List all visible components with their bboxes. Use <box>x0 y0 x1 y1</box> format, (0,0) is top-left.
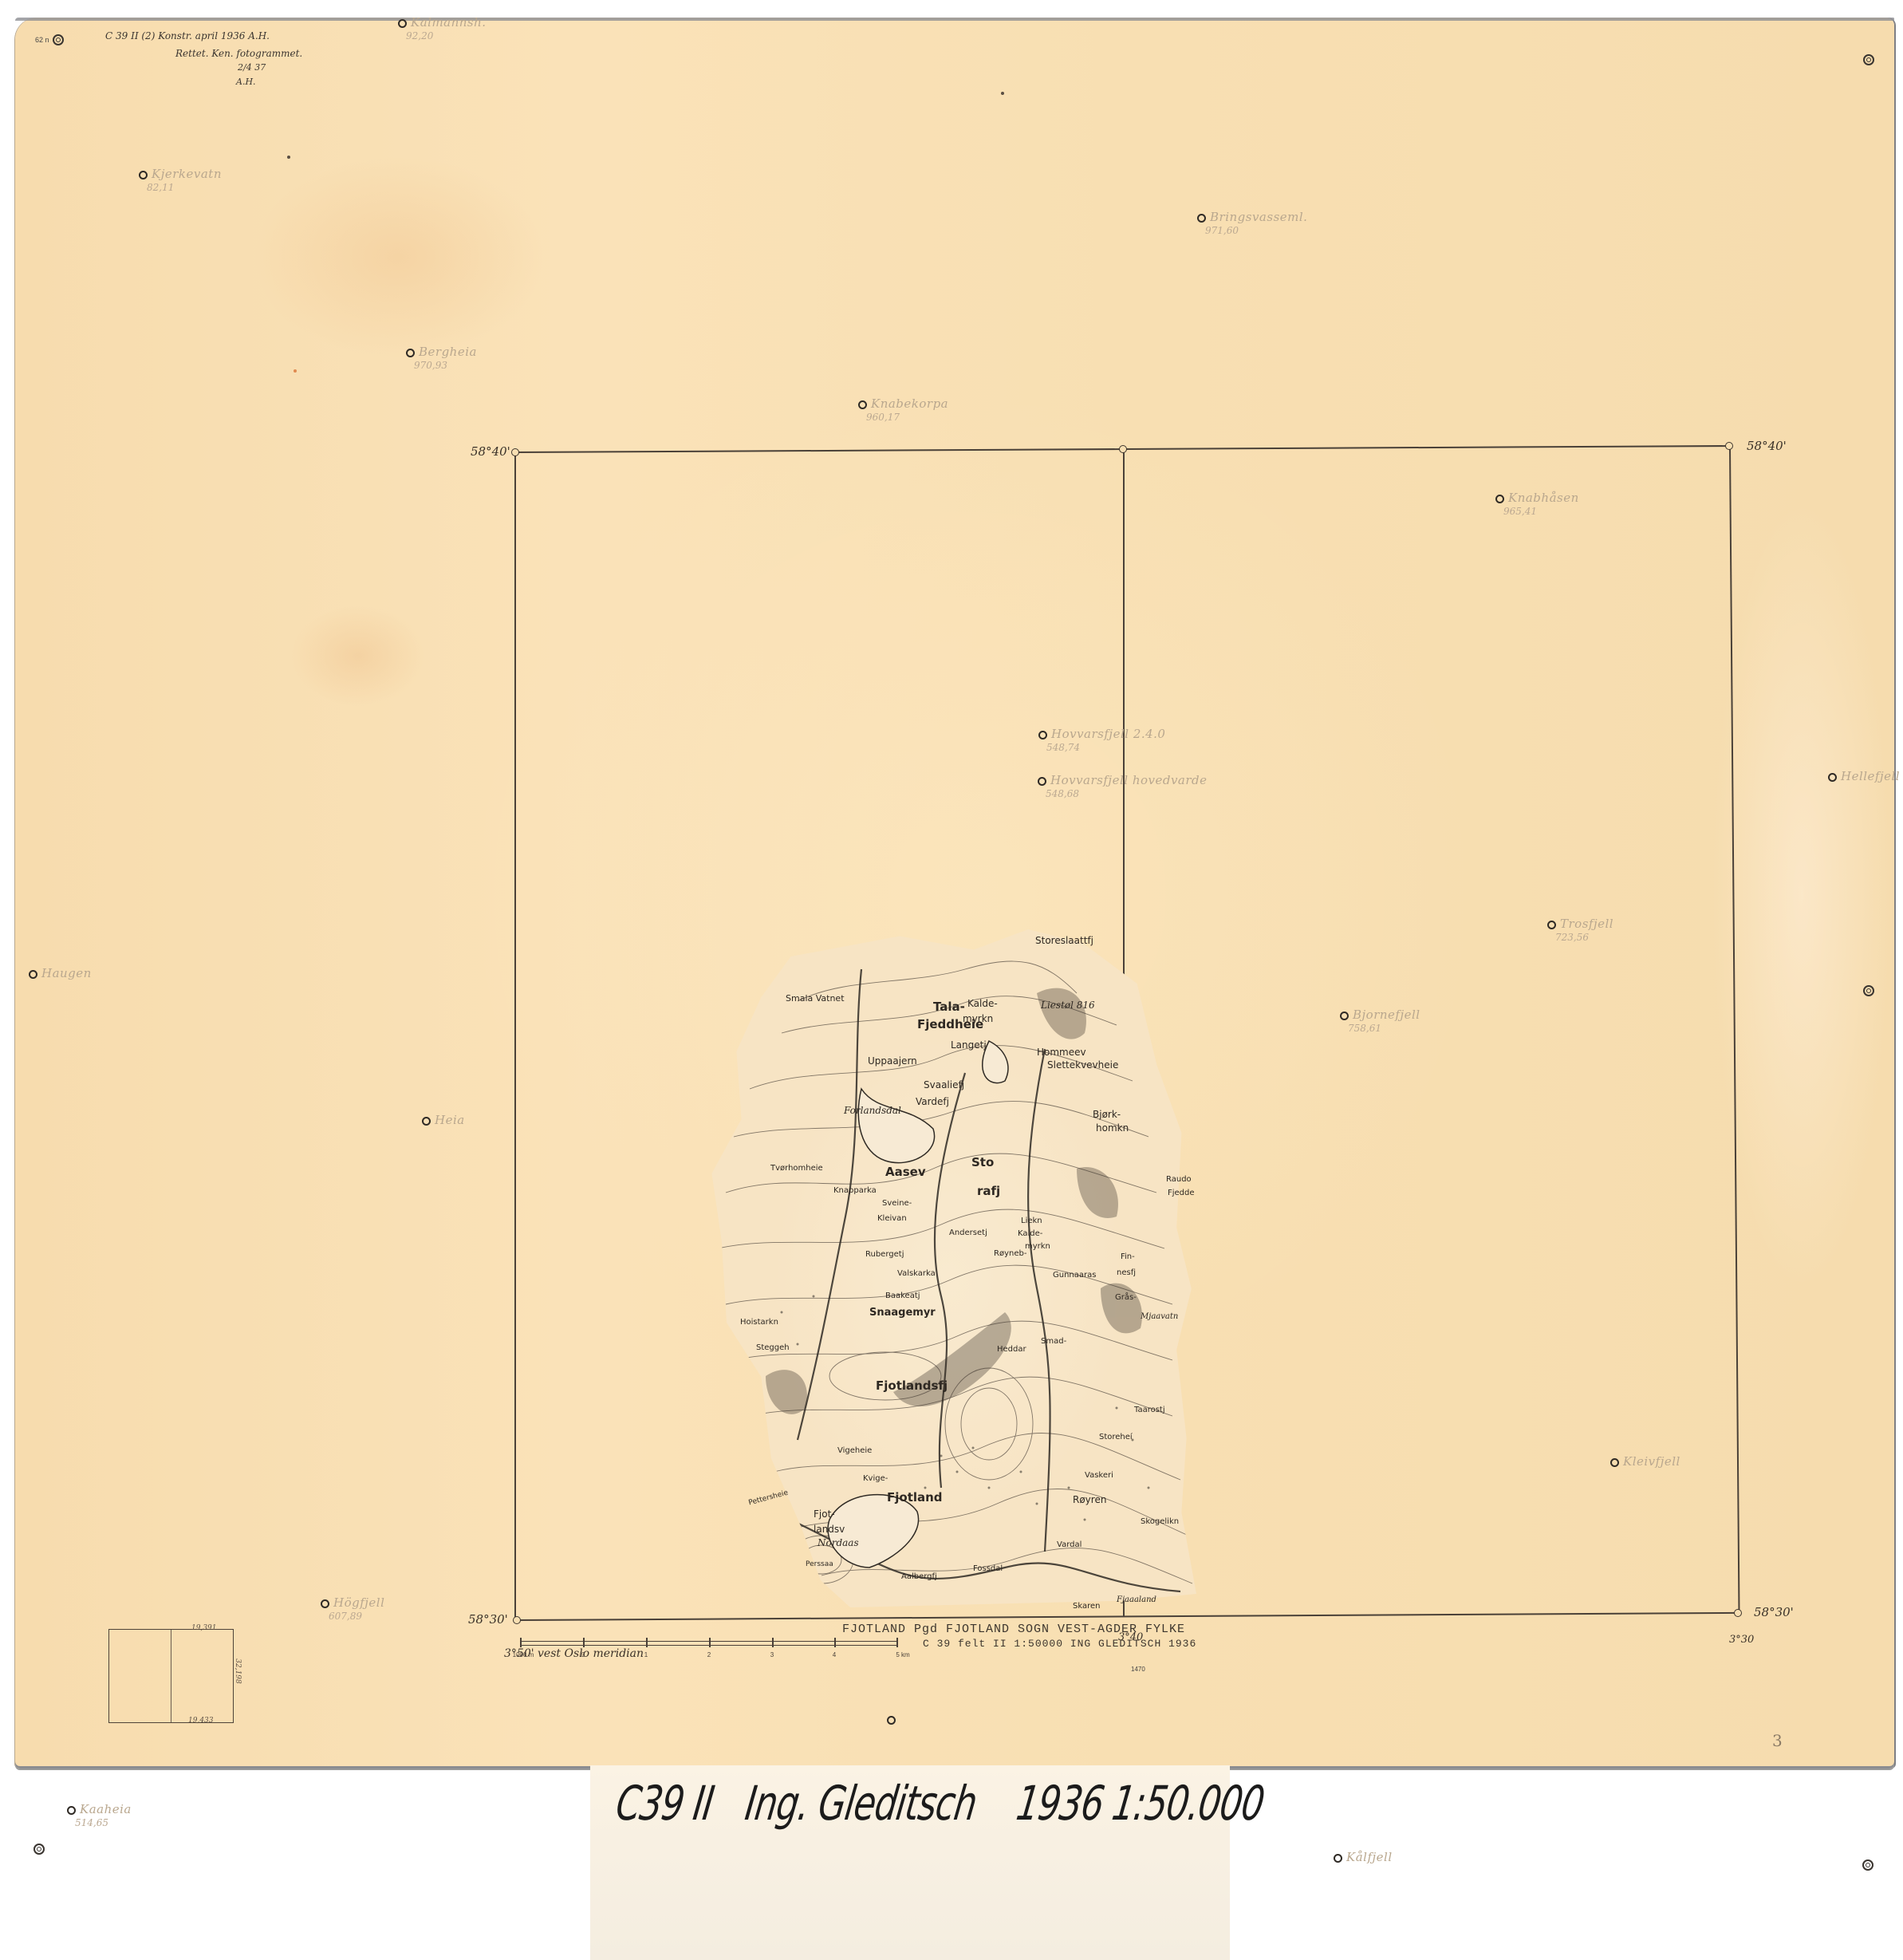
frame-node-top-right <box>1725 442 1733 450</box>
trig-point-icon <box>321 1599 329 1608</box>
trig-point-icon <box>1828 773 1837 782</box>
paper-speck <box>287 156 290 159</box>
trig-name: Trosfjell <box>1560 917 1613 931</box>
author-label: Ing. Gleditsch <box>742 1777 979 1832</box>
trig-name: Haugen <box>41 966 92 980</box>
place-label: Skogelikn <box>1141 1517 1179 1526</box>
scale-tick-label: 4 <box>833 1651 836 1658</box>
place-label: Smad- <box>1041 1337 1066 1346</box>
scale-tick-label: 0 <box>581 1651 585 1658</box>
trig-height: 548,74 <box>1046 742 1080 753</box>
place-label: Aasev <box>885 1165 926 1179</box>
trig-height: 548,68 <box>1046 788 1079 799</box>
scale-tick <box>709 1638 711 1647</box>
scale-bar: 1000 m 0 1 2 3 4 5 km <box>520 1641 898 1646</box>
frame-node-bottom-right <box>1734 1609 1742 1617</box>
place-label: Vardefj <box>916 1096 949 1107</box>
trig-height: 607,89 <box>329 1611 362 1622</box>
place-label: Uppaajern <box>868 1055 917 1067</box>
trig-point-icon <box>1547 921 1556 929</box>
trig-point-icon <box>139 171 148 179</box>
place-label: rafj <box>977 1184 1000 1198</box>
latitude-label-top-right: 58°40' <box>1747 439 1787 453</box>
sheet-index-inset <box>108 1629 234 1723</box>
scale-tick <box>646 1638 648 1647</box>
trig-name: Högfjell <box>333 1595 384 1610</box>
catalog-label-slip: C39 II Ing. Gleditsch 1936 1:50.000 <box>590 1765 1230 1960</box>
place-label: Fjaaaland <box>1117 1595 1156 1604</box>
correction-note: Rettet. Ken. fotogrammet. <box>175 48 302 59</box>
place-label: Steggeh <box>756 1343 790 1352</box>
trig-height: 970,93 <box>414 360 447 371</box>
place-label: Vardal <box>1057 1540 1082 1549</box>
trig-name: Hellefjell <box>1841 769 1900 783</box>
trig-name: Hovvarsfjell hovedvarde <box>1050 773 1208 787</box>
place-label: Nordaas <box>818 1537 859 1548</box>
trig-name: Bergheia <box>419 345 477 359</box>
place-label: Fjotlandsfj <box>876 1378 948 1393</box>
trig-point-icon <box>29 970 37 979</box>
place-label: Forlandsdal <box>844 1105 901 1116</box>
place-label: Fossdal <box>973 1564 1003 1573</box>
place-label: Liekn <box>1021 1217 1042 1225</box>
trig-point-icon <box>1334 1854 1342 1863</box>
map-title-line: FJOTLAND Pgd FJOTLAND SOGN VEST-AGDER FY… <box>842 1623 1185 1636</box>
place-label: Langetj <box>951 1039 987 1051</box>
trig-height: 965,41 <box>1503 506 1537 517</box>
below-frame-value: 1470 <box>1131 1666 1145 1673</box>
place-label: Perssaa <box>806 1560 833 1568</box>
paper-speck <box>1001 92 1004 95</box>
place-label: Rubergetj <box>865 1250 904 1259</box>
place-label: Slettekvevheie <box>1047 1059 1118 1071</box>
trig-name: Hovvarsfjell 2.4.0 <box>1051 727 1165 741</box>
frame-node-bottom-left <box>513 1616 521 1624</box>
scale-left-label: 1000 m <box>513 1651 534 1658</box>
correction-date: 2/4 37 <box>238 62 266 73</box>
frame-left-edge <box>514 452 516 1620</box>
trig-name: Knabekorpa <box>871 396 948 411</box>
place-label: Kleivan <box>877 1214 907 1223</box>
place-label: Raudo <box>1166 1175 1192 1184</box>
trig-point-icon <box>887 1716 896 1725</box>
place-label: Grås- <box>1115 1293 1137 1302</box>
place-label: Røyneb- <box>994 1249 1026 1258</box>
place-label: Røyren <box>1073 1494 1106 1505</box>
place-label: Valskarka <box>897 1269 936 1278</box>
place-label: Baakeatj <box>885 1292 920 1300</box>
construction-note: C 39 II (2) Konstr. april 1936 A.H. <box>105 30 270 41</box>
scale-tick-label: 3 <box>770 1651 774 1658</box>
scale-tick <box>520 1638 522 1647</box>
trig-name: Kjerkevatn <box>152 167 222 181</box>
paper-speck <box>294 369 297 373</box>
trig-point-icon <box>398 19 407 28</box>
trig-name: Bringsvasseml. <box>1210 210 1307 224</box>
place-label: Tala- <box>933 1000 965 1014</box>
place-label: Hommeev <box>1037 1047 1086 1058</box>
trig-name: Bjornefjell <box>1353 1008 1420 1022</box>
initials-note: A.H. <box>236 77 256 87</box>
frame-node-top-mid <box>1119 445 1127 453</box>
place-label: Sveine- <box>882 1199 912 1208</box>
place-label: Kalde- <box>1018 1229 1042 1238</box>
right-margin-number: 3 <box>1772 1731 1783 1750</box>
mount-mark-label: 62 n <box>35 36 49 44</box>
place-label: Kalde- <box>967 998 998 1009</box>
place-label: Storeheí <box>1099 1433 1133 1441</box>
scale-tick-label: 1 <box>644 1651 648 1658</box>
trig-name: Kalmannsh. <box>411 15 487 30</box>
place-label: Skaren <box>1073 1602 1100 1611</box>
mount-mark-bottom-left <box>33 1844 45 1855</box>
year-label: 1936 <box>1013 1777 1107 1832</box>
trig-name: Kålfjell <box>1346 1850 1393 1864</box>
place-label: Fjot- <box>814 1508 835 1520</box>
trig-height: 82,11 <box>147 182 174 193</box>
place-label: Liestøl 816 <box>1041 1000 1095 1011</box>
longitude-label-right: 3°30 <box>1729 1634 1754 1646</box>
place-label: Knapparka <box>833 1186 877 1195</box>
scale-tick <box>772 1638 774 1647</box>
trig-point-icon <box>1340 1012 1349 1020</box>
scale-tick <box>896 1638 898 1647</box>
trig-point-icon <box>858 400 867 409</box>
trig-point-icon <box>1197 214 1206 223</box>
trig-point-icon <box>1495 495 1504 503</box>
place-label: Taarostj <box>1134 1406 1165 1414</box>
place-label: Kvige- <box>863 1474 888 1483</box>
trig-point-icon <box>67 1806 76 1815</box>
trig-name: Knabhåsen <box>1508 491 1579 505</box>
latitude-label-bottom-right: 58°30' <box>1754 1605 1794 1619</box>
place-label: Svaaliefj <box>924 1079 964 1090</box>
frame-node-top-left <box>511 448 519 456</box>
mount-mark-right <box>1863 985 1874 996</box>
place-label: Sto <box>971 1155 994 1169</box>
sheet-id-label: C39 II <box>613 1777 716 1832</box>
map-subtitle-line: C 39 felt II 1:50000 ING GLEDITSCH 1936 <box>923 1638 1196 1650</box>
trig-point-icon <box>406 349 415 357</box>
scale-tick-label: 5 km <box>896 1651 909 1658</box>
scale-tick <box>834 1638 836 1647</box>
place-label: Fin- <box>1121 1252 1135 1261</box>
trig-name: Kaaheia <box>80 1802 132 1816</box>
place-label: Mjaavatn <box>1141 1312 1178 1321</box>
inset-bottom-label: 19,433 <box>188 1717 214 1725</box>
place-label: nesfj <box>1117 1268 1136 1277</box>
place-label: Vaskeri <box>1085 1471 1113 1480</box>
place-label: Andersetj <box>949 1228 987 1237</box>
latitude-label-top-left: 58°40' <box>471 444 510 459</box>
trig-height: 92,20 <box>406 30 433 41</box>
place-label: Heddar <box>997 1345 1026 1354</box>
place-label: homkn <box>1096 1122 1129 1134</box>
place-label: Smala Vatnet <box>786 993 845 1004</box>
place-label: Vigeheie <box>837 1446 872 1455</box>
inset-top-label: 19,391 <box>191 1624 217 1632</box>
place-label: Aalbergfj <box>901 1572 937 1581</box>
trig-height: 971,60 <box>1205 225 1239 236</box>
trig-height: 514,65 <box>75 1817 108 1828</box>
place-label: Fjotland <box>887 1490 943 1505</box>
inset-side-label: 32,198 <box>234 1658 242 1684</box>
mount-mark-top-right <box>1863 54 1874 65</box>
place-label: Tvørhomheie <box>770 1164 823 1173</box>
trig-point-icon <box>1038 731 1047 739</box>
trig-point-icon <box>1038 777 1046 786</box>
place-label: myrkn <box>1025 1242 1050 1251</box>
place-label: Hoistarkn <box>740 1318 778 1327</box>
scale-tick-label: 2 <box>707 1651 711 1658</box>
trig-height: 758,61 <box>1348 1023 1381 1034</box>
trig-name: Kleivfjell <box>1623 1454 1680 1469</box>
place-label: myrkn <box>963 1013 993 1024</box>
mount-mark-top-left <box>53 34 64 45</box>
place-label: Storeslaattfj <box>1035 935 1093 946</box>
scale-tick <box>583 1638 585 1647</box>
trig-point-icon <box>1610 1458 1619 1467</box>
mount-mark-bottom-right <box>1862 1859 1873 1871</box>
trig-name: Heia <box>435 1113 465 1127</box>
place-label: Fjedde <box>1168 1189 1195 1197</box>
trig-height: 723,56 <box>1555 932 1589 943</box>
place-label: Gunnaaras <box>1053 1271 1096 1280</box>
scale-label: 1:50.000 <box>1109 1777 1267 1832</box>
place-label: Snaagemyr <box>869 1307 936 1319</box>
inset-divider <box>171 1630 171 1722</box>
place-label: Bjørk- <box>1093 1109 1121 1120</box>
place-label: landsv <box>814 1524 845 1535</box>
latitude-label-bottom-left: 58°30' <box>468 1612 508 1627</box>
trig-height: 960,17 <box>866 412 900 423</box>
trig-point-icon <box>422 1117 431 1126</box>
